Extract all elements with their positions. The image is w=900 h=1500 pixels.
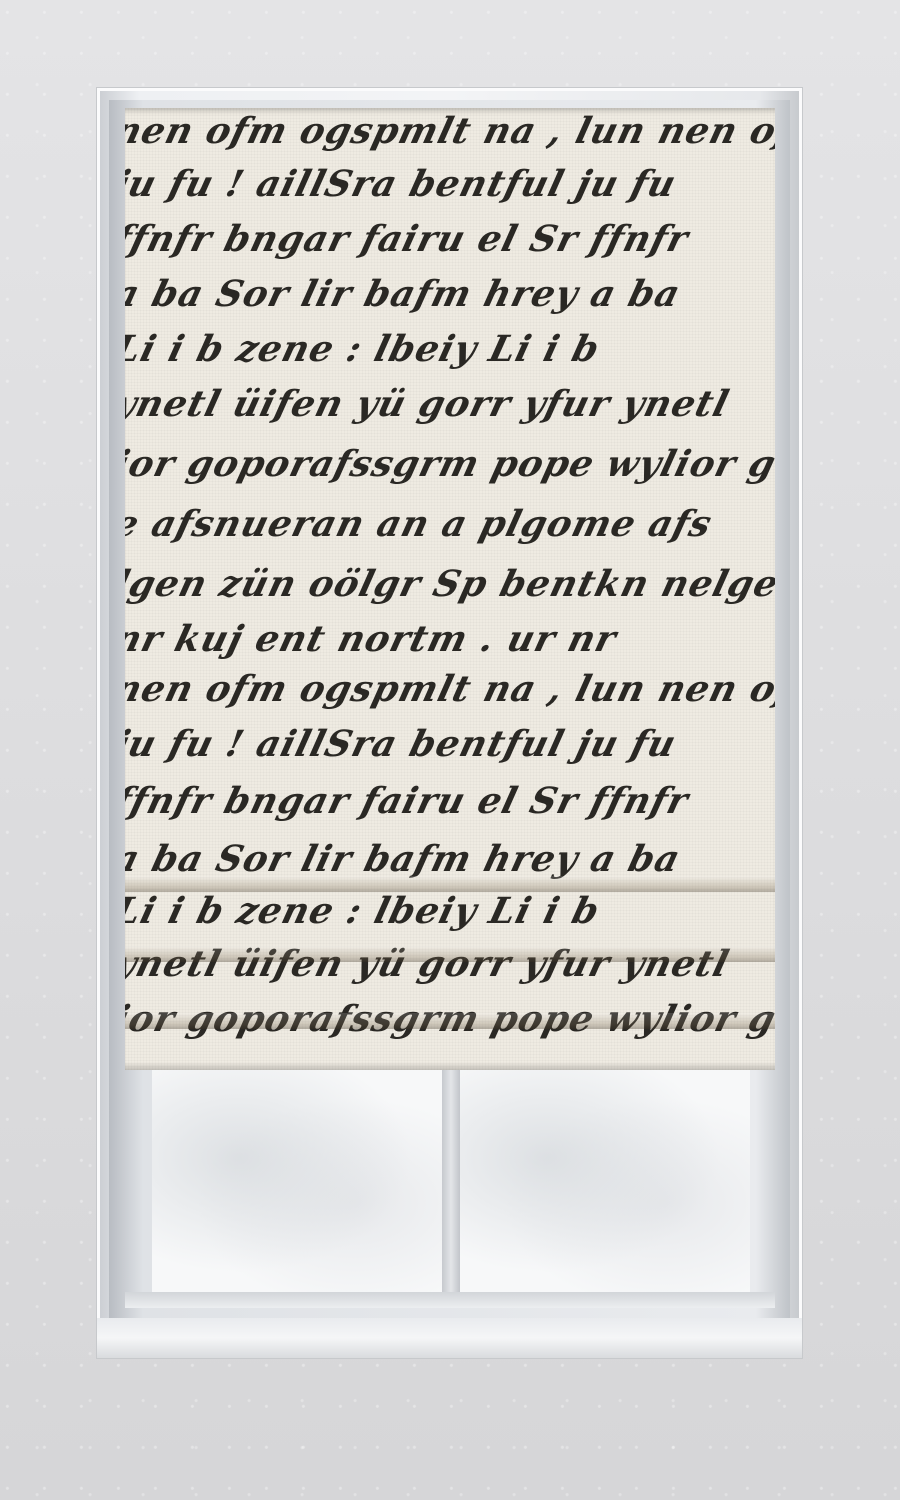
script-line: Li i b zene : lbeiy Li i b [125, 328, 604, 370]
script-line: ju fu ! aillSra bentful ju fu [125, 163, 681, 205]
script-line: ffnfr bngar fairu el Sr ffnfr [125, 780, 693, 822]
roman-shade[interactable]: nen ofm ogspmlt na , lun nen ofm ju fu !… [125, 108, 775, 1070]
shade-fold [125, 1013, 775, 1029]
script-line: nen ofm ogspmlt na , lun nen ofm [125, 110, 775, 152]
script-line: lgen zün oölgr Sp bentkn nelgen [125, 563, 775, 605]
shade-fold [125, 946, 775, 962]
script-line: nr kuj ent nortm . ur nr [125, 618, 621, 660]
script-line: ynetl üifen yü gorr yfur ynetl [125, 383, 734, 425]
script-line: a ba Sor lir bafm hrey a ba [125, 838, 685, 880]
script-line: e afsnueran an a plgome afs [125, 503, 717, 545]
window-mullion [442, 1068, 460, 1298]
shade-fold [125, 876, 775, 892]
script-line: Li i b zene : lbeiy Li i b [125, 890, 604, 932]
script-line: ju fu ! aillSra bentful ju fu [125, 723, 681, 765]
script-line: a ba Sor lir bafm hrey a ba [125, 273, 685, 315]
script-line: nen ofm ogspmlt na , lun nen ofm [125, 668, 775, 710]
window-pane-right [460, 1068, 750, 1293]
script-line: ffnfr bngar fairu el Sr ffnfr [125, 218, 693, 260]
window-pane-left [152, 1068, 442, 1293]
window-bottom-rail [125, 1292, 775, 1308]
window-sill [97, 1318, 802, 1358]
shade-hem [125, 1062, 775, 1070]
script-line: ior goporafssgrm pope wylior go [125, 443, 775, 485]
